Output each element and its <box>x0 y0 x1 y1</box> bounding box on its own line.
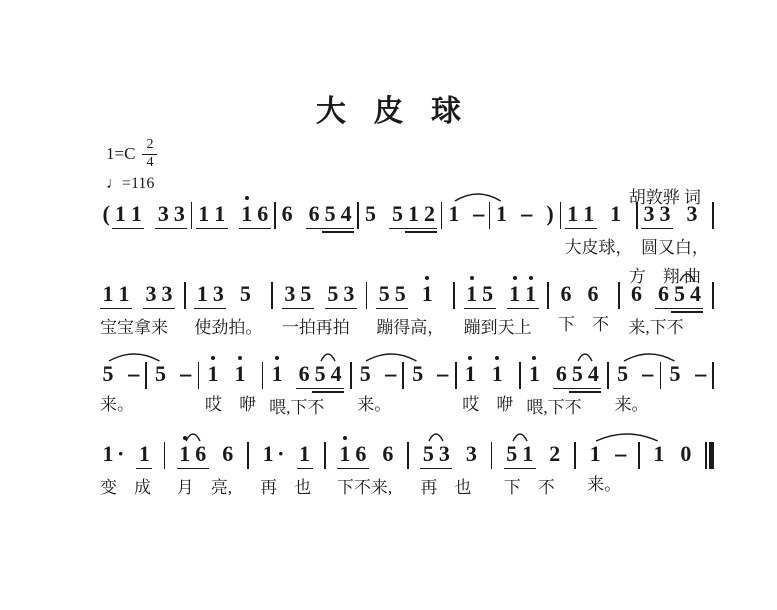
glyph: 1 <box>525 282 536 306</box>
glyph: 1 <box>653 442 664 466</box>
measure-notes: 11 <box>205 356 256 386</box>
note-number: 5 <box>362 196 378 226</box>
tempo-marking: ♩=116 <box>106 175 157 193</box>
measure: 5- <box>152 356 191 416</box>
lyric-text: 来。 <box>587 474 626 496</box>
note-number: 1 <box>196 196 212 229</box>
glyph: 5 <box>392 202 403 226</box>
note-number: 1 <box>608 196 624 226</box>
measure: 551蹦得高， <box>376 276 444 339</box>
barline <box>357 202 359 229</box>
barline <box>274 202 276 229</box>
measure-notes: 11 <box>462 356 513 386</box>
note-number: 1 <box>587 436 603 466</box>
note-number: 1 <box>507 276 523 309</box>
note-number: 1 <box>494 196 510 226</box>
measure: 66下 不 <box>558 276 609 336</box>
lyric-text <box>152 394 191 416</box>
octave-dot <box>275 356 279 360</box>
note-number: 3 <box>171 196 187 229</box>
note-number: 3 <box>210 276 226 309</box>
time-signature-denominator: 4 <box>146 155 153 171</box>
lyric-text: 来。 <box>615 394 654 416</box>
note-number: 5 <box>298 276 314 309</box>
dash-sustain: - <box>642 356 654 386</box>
dash-sustain: - <box>473 196 485 226</box>
note-number: 5 <box>615 356 631 386</box>
barline <box>184 282 186 309</box>
note-number: 5 <box>480 276 496 309</box>
glyph: 4 <box>341 202 352 226</box>
measure-notes: 6654 <box>279 196 354 229</box>
lyric-text: 一拍再拍 <box>282 317 357 339</box>
note-number: 1 <box>177 436 193 469</box>
glyph: 5 <box>617 362 628 386</box>
note-number: 1 <box>128 196 144 229</box>
glyph: 3 <box>343 282 354 306</box>
note-number: 6 <box>255 196 271 229</box>
measure: 1·1再 也 <box>260 436 312 499</box>
glyph: 3 <box>659 202 670 226</box>
measure: 333圆又白， <box>641 196 709 259</box>
barline <box>453 282 455 309</box>
key-signature: 1=C <box>106 145 135 164</box>
measure: 1654喂,下不 <box>526 356 601 419</box>
glyph: 0 <box>680 442 691 466</box>
note-number: 5 <box>392 276 408 309</box>
note-number: 1 <box>464 276 480 309</box>
measure-notes: 551 <box>376 276 444 309</box>
lyric-text: 变 成 <box>100 477 152 499</box>
measure: 1-来。 <box>587 436 626 496</box>
note-number: 5 <box>312 356 328 389</box>
dash-sustain: - <box>384 356 396 386</box>
note-number: 5 <box>569 356 585 389</box>
glyph: - <box>640 362 655 386</box>
glyph: 3 <box>439 442 450 466</box>
glyph: 5 <box>412 362 423 386</box>
measure: 3553一拍再拍 <box>282 276 357 339</box>
dash-sustain: - <box>179 356 191 386</box>
octave-dot <box>183 436 187 440</box>
glyph: 1 <box>115 202 126 226</box>
glyph: 1 <box>408 202 419 226</box>
note-number: 5 <box>152 356 168 386</box>
glyph: 4 <box>690 282 701 306</box>
sheet-music-page: 大 皮 球 1=C 2 4 ♩=116 胡敦骅 词 方 翔 曲 (1133111… <box>0 0 777 610</box>
measure-notes: 5- <box>410 356 449 386</box>
lyric-text <box>196 237 271 259</box>
note-number: 1 <box>212 196 228 229</box>
note-number: 5 <box>504 436 520 469</box>
measure-notes: (1133 <box>100 196 187 229</box>
lyric-text: 蹦得高， <box>376 317 444 339</box>
glyph: 5 <box>240 282 251 306</box>
glyph: 3 <box>686 202 697 226</box>
glyph: - <box>383 362 398 386</box>
glyph: 1 <box>299 442 310 466</box>
note-number: 1 <box>269 356 285 386</box>
lyric-text <box>279 237 354 259</box>
lyric-text: 喂,下不 <box>526 397 601 419</box>
note-number: 3 <box>436 436 452 469</box>
measure-notes: 10 <box>651 436 694 466</box>
note-number: 5 <box>671 276 687 309</box>
measure-notes: 111 <box>565 196 633 229</box>
measure: 6654来,下不 <box>628 276 703 339</box>
system-row: 1·1变 成166月 亮,1·1再 也166下不来,533再 也512下 不1-… <box>100 436 714 499</box>
note-number: 6 <box>296 356 312 389</box>
note-number: 1 <box>489 356 505 386</box>
measure-notes: 1654 <box>526 356 601 389</box>
measure-notes: 6654 <box>628 276 703 309</box>
measure-notes: 166 <box>177 436 236 469</box>
barline <box>247 442 249 469</box>
glyph: 1 <box>448 202 459 226</box>
glyph: 1 <box>492 362 503 386</box>
measure-notes: 5- <box>100 356 139 386</box>
barline <box>455 362 457 389</box>
glyph: - <box>436 362 451 386</box>
lyric-text: 圆又白， <box>641 237 709 259</box>
measure-notes: 5- <box>667 356 706 386</box>
glyph: 1 <box>207 362 218 386</box>
glyph: 5 <box>315 362 326 386</box>
glyph: 1 <box>131 202 142 226</box>
measure: 1-) <box>494 196 557 256</box>
glyph: 1 <box>583 202 594 226</box>
note-number: 1 <box>581 196 597 229</box>
glyph: · <box>117 442 124 466</box>
glyph: 6 <box>355 442 366 466</box>
score: (11331116665455121-1-)111大皮球，333圆又白，1133… <box>100 196 714 516</box>
dash-sustain: - <box>437 356 449 386</box>
glyph: 1 <box>496 202 507 226</box>
glyph: 1 <box>522 442 533 466</box>
octave-dot <box>245 196 249 200</box>
measure: 5-来。 <box>615 356 654 416</box>
glyph: 1 <box>465 362 476 386</box>
lyric-text: 月 亮, <box>177 477 236 499</box>
barline <box>262 362 264 389</box>
note-number: 1 <box>446 196 462 226</box>
measure: 10 <box>651 436 694 496</box>
note-number: 4 <box>338 196 354 229</box>
lyric-text: 使劲拍。 <box>194 317 262 339</box>
barline <box>489 202 491 229</box>
augmentation-dot: · <box>276 436 285 466</box>
note-number: 3 <box>155 196 171 229</box>
glyph: 4 <box>588 362 599 386</box>
barline <box>560 202 562 229</box>
lyric-text <box>494 234 557 256</box>
glyph: 5 <box>506 442 517 466</box>
measure-notes: 135 <box>194 276 262 309</box>
octave-dot <box>470 276 474 280</box>
lyric-text: 喂,下不 <box>269 397 344 419</box>
glyph: 5 <box>379 282 390 306</box>
measure: 166下不来, <box>337 436 396 499</box>
note-number: 1 <box>205 356 221 386</box>
measure-notes: 66 <box>558 276 609 306</box>
measure: 6654 <box>279 196 354 259</box>
glyph: 3 <box>643 202 654 226</box>
glyph: 6 <box>556 362 567 386</box>
measure: 1511蹦到天上 <box>464 276 539 339</box>
glyph: 1 <box>139 442 150 466</box>
lyric-text <box>651 474 694 496</box>
note-number: 6 <box>558 276 574 306</box>
glyph: 1 <box>466 282 477 306</box>
note-number: 3 <box>657 196 673 229</box>
note-number: 3 <box>684 196 700 226</box>
glyph: 3 <box>466 442 477 466</box>
octave-dot <box>529 276 533 280</box>
glyph: 5 <box>572 362 583 386</box>
augmentation-dot: · <box>116 436 125 466</box>
note-number: 1 <box>260 436 276 466</box>
measure-notes: 333 <box>641 196 709 229</box>
system-row: (11331116665455121-1-)111大皮球，333圆又白， <box>100 196 714 259</box>
glyph: 1 <box>590 442 601 466</box>
barline <box>636 202 638 229</box>
note-number: 0 <box>678 436 694 466</box>
octave-dot <box>532 356 536 360</box>
measure-notes: 1511 <box>464 276 539 309</box>
measure-notes: 1133 <box>100 276 175 309</box>
measure: 1- <box>446 196 485 256</box>
glyph: 6 <box>309 202 320 226</box>
measure: 1654喂,下不 <box>269 356 344 419</box>
measure-notes: 1- <box>587 436 626 466</box>
note-number: 5 <box>322 196 338 229</box>
measure-notes: 5- <box>357 356 396 386</box>
barline <box>402 362 404 389</box>
note-number: 1 <box>565 196 581 229</box>
glyph: 5 <box>103 362 114 386</box>
measure-notes: 166 <box>337 436 396 469</box>
note-number: 2 <box>547 436 563 466</box>
system-row: 5-来。5-11哎 咿1654喂,下不5-来。5-11哎 咿1654喂,下不5-… <box>100 356 714 419</box>
glyph: 6 <box>382 442 393 466</box>
glyph: - <box>519 202 534 226</box>
barline-thick <box>709 442 714 469</box>
glyph: 3 <box>174 202 185 226</box>
time-signature-numerator: 2 <box>142 138 157 155</box>
glyph: 5 <box>155 362 166 386</box>
glyph: 5 <box>674 282 685 306</box>
barline <box>607 362 609 389</box>
glyph: 1 <box>214 202 225 226</box>
note-number: 5 <box>325 276 341 309</box>
song-title: 大 皮 球 <box>0 86 777 130</box>
measure-notes: 3553 <box>282 276 357 309</box>
glyph: 1 <box>119 282 130 306</box>
measure: (1133 <box>100 196 187 259</box>
glyph: 6 <box>257 202 268 226</box>
dash-sustain: - <box>521 196 533 226</box>
measure: 111大皮球， <box>565 196 633 259</box>
barline <box>366 282 368 309</box>
lyric-text: 来,下不 <box>628 317 703 339</box>
glyph: 1 <box>234 362 245 386</box>
note-number: 1 <box>297 436 313 469</box>
barline <box>712 282 714 309</box>
note-number: 1 <box>520 436 536 469</box>
glyph: 1 <box>509 282 520 306</box>
lyric-text: 下 不 <box>504 477 563 499</box>
note-number: 1 <box>100 436 116 466</box>
parenthesis: ) <box>544 196 556 226</box>
note-number: 6 <box>380 436 396 466</box>
lyric-text: 宝宝拿来 <box>100 317 175 339</box>
glyph: ( <box>103 202 110 226</box>
note-number: 6 <box>353 436 369 469</box>
note-number: 6 <box>220 436 236 466</box>
barline <box>660 362 662 389</box>
glyph: 2 <box>549 442 560 466</box>
glyph: · <box>277 442 284 466</box>
glyph: 1 <box>198 202 209 226</box>
lyric-text: 哎 咿 <box>205 394 256 416</box>
barline <box>712 202 714 229</box>
lyric-text <box>100 237 187 259</box>
barline <box>191 202 193 229</box>
measure: 512下 不 <box>504 436 563 499</box>
lyric-text <box>667 394 706 416</box>
lyric-text: 蹦到天上 <box>464 317 539 339</box>
measure-notes: 5- <box>152 356 191 386</box>
lyric-text: 来。 <box>357 394 396 416</box>
glyph: 1 <box>241 202 252 226</box>
note-number: 5 <box>376 276 392 309</box>
lyric-text <box>446 234 485 256</box>
barline <box>618 282 620 309</box>
glyph: 3 <box>158 202 169 226</box>
glyph: 5 <box>670 362 681 386</box>
measure-notes: 1654 <box>269 356 344 389</box>
glyph: 5 <box>325 202 336 226</box>
barline-thin <box>705 442 707 469</box>
note-number: 1 <box>337 436 353 469</box>
note-number: 3 <box>159 276 175 309</box>
glyph: 1 <box>103 442 114 466</box>
system-row: 1133宝宝拿来135使劲拍。3553一拍再拍551蹦得高，1511蹦到天上66… <box>100 276 714 339</box>
glyph: 1 <box>529 362 540 386</box>
glyph: 6 <box>282 202 293 226</box>
note-number: 6 <box>193 436 209 469</box>
note-number: 2 <box>421 196 437 229</box>
glyph: 6 <box>222 442 233 466</box>
glyph: 3 <box>213 282 224 306</box>
note-number: 1 <box>194 276 210 309</box>
note-number: 1 <box>232 356 248 386</box>
note-number: 1 <box>651 436 667 466</box>
measure: 11哎 咿 <box>205 356 256 416</box>
note-number: 5 <box>420 436 436 469</box>
note-number: 5 <box>357 356 373 386</box>
note-number: 4 <box>585 356 601 389</box>
measure-notes: 512 <box>504 436 563 469</box>
glyph: - <box>178 362 193 386</box>
glyph: 1 <box>263 442 274 466</box>
barline <box>145 362 147 389</box>
lyric-text <box>362 237 437 259</box>
note-number: 6 <box>279 196 295 226</box>
glyph: 5 <box>482 282 493 306</box>
glyph: 2 <box>424 202 435 226</box>
dash-sustain: - <box>694 356 706 386</box>
glyph: 6 <box>299 362 310 386</box>
barline <box>519 362 521 389</box>
glyph: 1 <box>197 282 208 306</box>
note-number: 5 <box>667 356 683 386</box>
final-barline <box>705 442 714 469</box>
glyph: 5 <box>423 442 434 466</box>
glyph: 6 <box>195 442 206 466</box>
glyph: 6 <box>631 282 642 306</box>
note-number: 3 <box>282 276 298 309</box>
note-number: 1 <box>116 276 132 309</box>
time-signature: 2 4 <box>142 138 157 170</box>
glyph: 1 <box>610 202 621 226</box>
note-number: 6 <box>655 276 671 309</box>
glyph: 5 <box>360 362 371 386</box>
note-number: 1 <box>136 436 152 469</box>
measure: 5-来。 <box>100 356 139 416</box>
glyph: 4 <box>331 362 342 386</box>
measure-notes: 1116 <box>196 196 271 229</box>
measure: 1·1变 成 <box>100 436 152 499</box>
octave-dot <box>425 276 429 280</box>
glyph: 6 <box>561 282 572 306</box>
measure: 11哎 咿 <box>462 356 513 416</box>
measure-notes: 533 <box>420 436 479 469</box>
barline <box>574 442 576 469</box>
glyph: 1 <box>272 362 283 386</box>
note-number: 3 <box>641 196 657 229</box>
octave-dot <box>495 356 499 360</box>
barline <box>271 282 273 309</box>
key-row: 1=C 2 4 <box>106 138 157 170</box>
measure: 135使劲拍。 <box>194 276 262 339</box>
lyric-text: 下不来, <box>337 477 396 499</box>
measure: 5- <box>667 356 706 416</box>
note-number: 4 <box>328 356 344 389</box>
glyph: 5 <box>395 282 406 306</box>
note-number: 3 <box>341 276 357 309</box>
glyph: 1 <box>339 442 350 466</box>
glyph: ) <box>546 202 553 226</box>
note-number: 5 <box>237 276 253 306</box>
glyph: 3 <box>162 282 173 306</box>
note-number: 1 <box>419 276 435 306</box>
glyph: 1 <box>422 282 433 306</box>
lyric-text: 下 不 <box>558 314 609 336</box>
glyph: 1 <box>179 442 190 466</box>
glyph: 1 <box>103 282 114 306</box>
barline <box>491 442 493 469</box>
note-number: 4 <box>687 276 703 309</box>
glyph: - <box>126 362 141 386</box>
measure-notes: 5- <box>615 356 654 386</box>
barline <box>324 442 326 469</box>
glyph: 6 <box>658 282 669 306</box>
measure-notes: 1- <box>446 196 485 226</box>
octave-dot <box>513 276 517 280</box>
measure: 5- <box>410 356 449 416</box>
measure-notes: 1·1 <box>260 436 312 469</box>
